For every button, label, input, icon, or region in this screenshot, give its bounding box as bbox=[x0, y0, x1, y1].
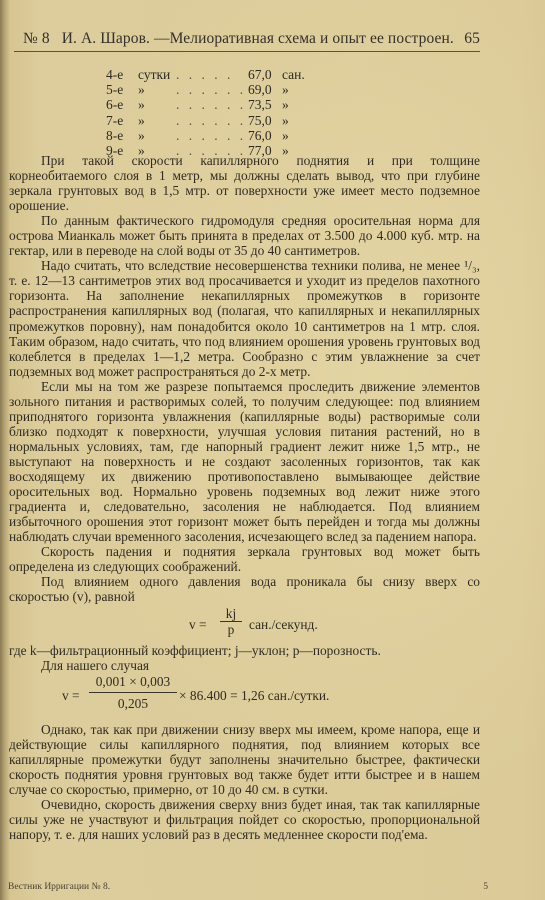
day-cell: 7-е bbox=[106, 113, 123, 128]
table-row: 7-е » . . . . . . 75,0 » bbox=[106, 113, 336, 128]
paragraph: Однако, так как при движении снизу вверх… bbox=[9, 722, 480, 797]
paragraph: Скорость падения и поднятия зеркала грун… bbox=[9, 544, 480, 574]
table-row: 6-е » . . . . . . 73,5 » bbox=[106, 97, 336, 112]
unit-cell: » bbox=[138, 128, 145, 143]
value-cell: 75,0 bbox=[248, 113, 272, 128]
formula-lhs: v = bbox=[62, 688, 80, 703]
suffix-cell: » bbox=[282, 128, 289, 143]
table-row: 4-е сутки . . . . . 67,0 сан. bbox=[106, 67, 336, 82]
numerator: 0,001 × 0,003 bbox=[89, 674, 177, 693]
paragraph: Для нашего случая bbox=[9, 658, 480, 673]
unit-cell: » bbox=[138, 113, 145, 128]
value-cell: 76,0 bbox=[248, 128, 272, 143]
paragraph: Если мы на том же разрезе попытаемся про… bbox=[9, 379, 480, 545]
header-rule bbox=[14, 51, 480, 52]
value-cell: 73,5 bbox=[248, 97, 272, 112]
formula-fraction: 0,001 × 0,003 0,205 bbox=[89, 674, 177, 712]
leader-dots: . . . . . . bbox=[176, 82, 246, 97]
author-name: И. А. Шаров. bbox=[62, 30, 150, 47]
formula-lhs: v = bbox=[189, 617, 207, 632]
article-body: При такой скорости капиллярного поднятия… bbox=[9, 153, 480, 842]
formula-result: × 86.400 = 1,26 сан./сутки. bbox=[179, 688, 329, 703]
value-cell: 67,0 bbox=[248, 67, 272, 82]
paragraph: По данным фактического гидромодуля средн… bbox=[9, 213, 480, 258]
paragraph: где k—фильтрационный коэффициент; j—укло… bbox=[9, 643, 480, 658]
day-cell: 4-е bbox=[106, 67, 123, 82]
capillary-rise-table: 4-е сутки . . . . . 67,0 сан. 5-е » . . … bbox=[106, 67, 336, 158]
leader-dots: . . . . . bbox=[176, 67, 233, 82]
computation-formula: v = 0,001 × 0,003 0,205 × 86.400 = 1,26 … bbox=[9, 674, 480, 722]
suffix-cell: сан. bbox=[282, 67, 305, 82]
table-row: 8-е » . . . . . . 76,0 » bbox=[106, 128, 336, 143]
paragraph: Под влиянием одного давления вода проник… bbox=[9, 574, 480, 604]
paragraph: Надо считать, что вследствие несовершенс… bbox=[9, 258, 480, 378]
scanned-page: № 8 И. А. Шаров.—Мелиоративная схема и о… bbox=[0, 0, 545, 900]
table-row: 5-е » . . . . . . 69,0 » bbox=[106, 82, 336, 97]
suffix-cell: » bbox=[282, 82, 289, 97]
paragraph: При такой скорости капиллярного поднятия… bbox=[9, 153, 480, 213]
numerator: kj bbox=[220, 607, 242, 622]
velocity-formula: v = kj p сан./секунд. bbox=[9, 607, 480, 643]
suffix-cell: » bbox=[282, 113, 289, 128]
denominator: 0,205 bbox=[89, 693, 177, 712]
article-title: —Мелиоративная схема и опыт ее построен. bbox=[154, 30, 454, 47]
page-number: 65 bbox=[464, 30, 480, 48]
paragraph: Очевидно, скорость движения сверху вниз … bbox=[9, 797, 480, 842]
leader-dots: . . . . . . bbox=[176, 113, 246, 128]
unit-cell: » bbox=[138, 97, 145, 112]
issue-number: № 8 bbox=[23, 30, 50, 47]
page-footer: Вестник Ирригации № 8. 5 bbox=[8, 882, 488, 892]
signature-mark: 5 bbox=[483, 882, 488, 892]
day-cell: 6-е bbox=[106, 97, 123, 112]
running-header: № 8 И. А. Шаров.—Мелиоративная схема и о… bbox=[23, 30, 480, 48]
suffix-cell: » bbox=[282, 97, 289, 112]
leader-dots: . . . . . . bbox=[176, 97, 246, 112]
journal-title: Вестник Ирригации № 8. bbox=[8, 882, 110, 892]
denominator: p bbox=[220, 622, 242, 637]
formula-unit: сан./секунд. bbox=[249, 617, 318, 632]
value-cell: 69,0 bbox=[248, 82, 272, 97]
unit-cell: » bbox=[138, 82, 145, 97]
day-cell: 5-е bbox=[106, 82, 123, 97]
leader-dots: . . . . . . bbox=[176, 128, 246, 143]
formula-fraction: kj p bbox=[220, 607, 242, 637]
day-cell: 8-е bbox=[106, 128, 123, 143]
unit-cell: сутки bbox=[138, 67, 170, 82]
